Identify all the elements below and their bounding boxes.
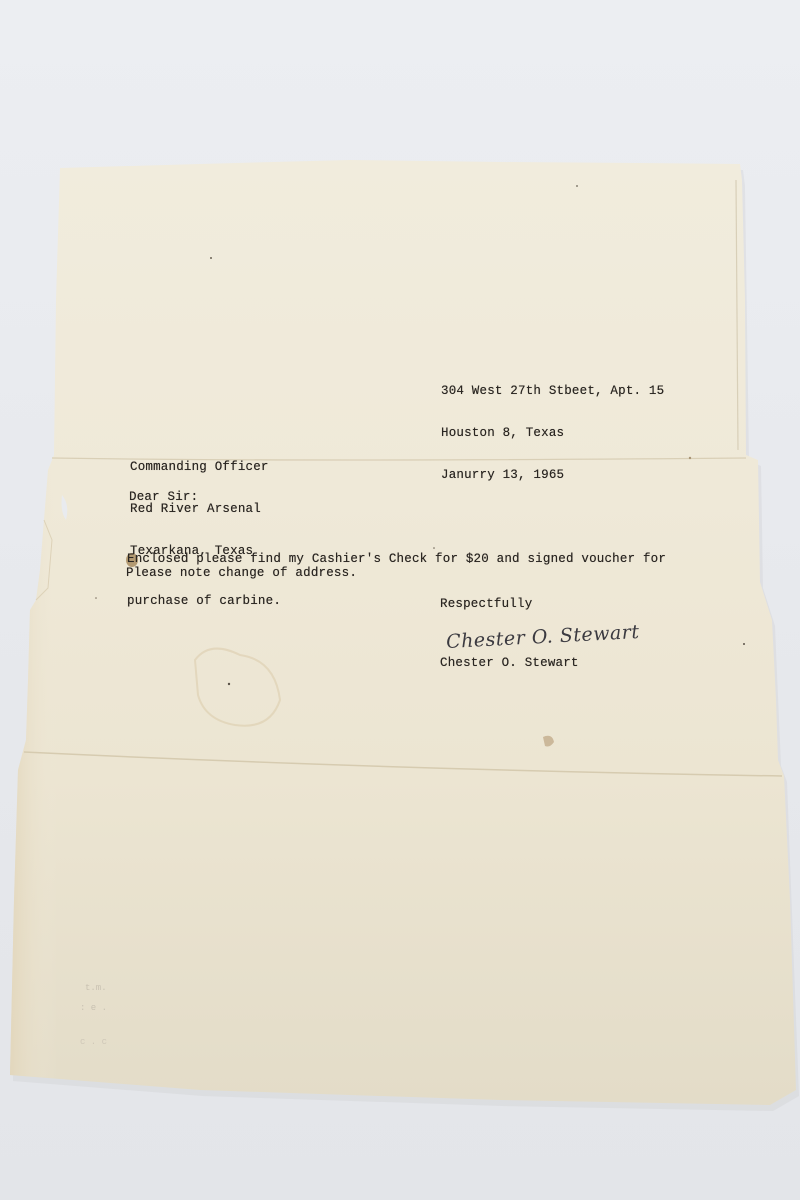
salutation: Dear Sir: bbox=[129, 490, 198, 504]
svg-text:t.m.: t.m. bbox=[85, 983, 107, 993]
letter-paper: t.m. : e . c . c 304 West 27th Stbeet, A… bbox=[0, 0, 800, 1200]
sender-address-block: 304 West 27th Stbeet, Apt. 15 Houston 8,… bbox=[441, 356, 664, 510]
recipient-organization: Red River Arsenal bbox=[130, 502, 269, 516]
letter-date: Janurry 13, 1965 bbox=[441, 468, 664, 482]
sender-street: 304 West 27th Stbeet, Apt. 15 bbox=[441, 384, 664, 398]
sender-city: Houston 8, Texas bbox=[441, 426, 664, 440]
body-line-1: Enclosed please find my Cashier's Check … bbox=[127, 552, 666, 566]
svg-text:: e .: : e . bbox=[80, 1003, 107, 1013]
closing: Respectfully bbox=[440, 597, 532, 611]
letter-body-paragraph-1: Enclosed please find my Cashier's Check … bbox=[127, 524, 666, 636]
recipient-title: Commanding Officer bbox=[130, 460, 269, 474]
body-line-2: purchase of carbine. bbox=[127, 594, 666, 608]
typed-signature-name: Chester O. Stewart bbox=[440, 656, 579, 670]
svg-text:c . c: c . c bbox=[80, 1037, 107, 1047]
letter-body-paragraph-2: Please note change of address. bbox=[126, 566, 357, 580]
